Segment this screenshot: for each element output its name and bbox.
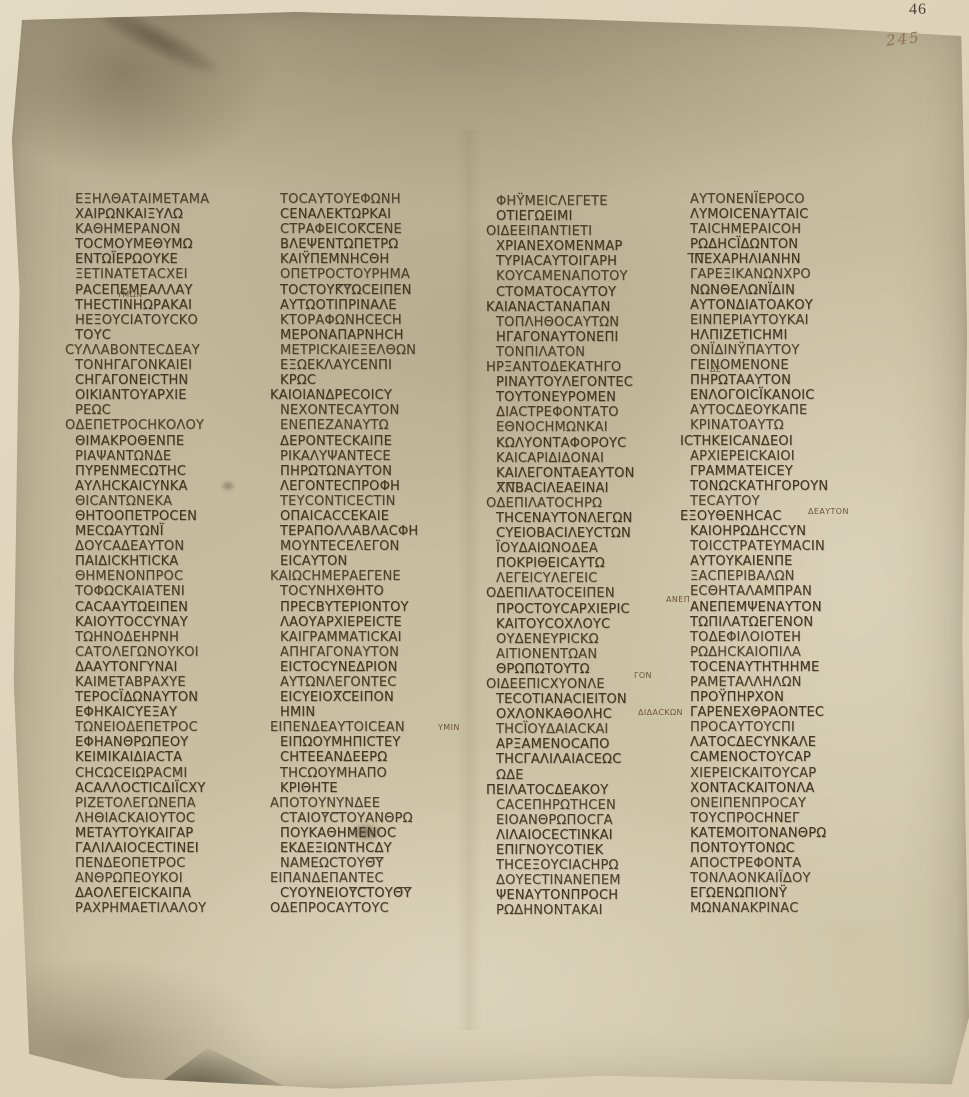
manuscript-line: ΑΥΤΩΝΛΕΓΟΝΤΕϹ: [280, 675, 478, 690]
manuscript-line: ΑϹΑΛΛΟϹΤΙϹΔΙΪϹΧΥ: [75, 781, 267, 796]
manuscript-line: ΕΠΙΓΝΟΥϹΟΤΙΕΚ: [496, 843, 686, 858]
corrector-gloss: ΥΜΙΝ: [438, 724, 460, 732]
manuscript-line: ΡΩΔΗΝΟΝΤΑΚΑΙ: [496, 903, 686, 918]
manuscript-line: ΤΗϹΪΟΥΔΑΙΑϹΚΑΙ: [496, 722, 686, 737]
manuscript-photo: { "page": { "printed_folio_number": "46"…: [0, 0, 969, 1097]
manuscript-line: ΡΑΧΡΗΜΑΕΤΙΛΑΛΟΥ: [75, 901, 267, 916]
corrector-gloss: ΔΕΑΥΤΟΝ: [808, 508, 849, 516]
manuscript-line: ΟΙΔΕΕΠΙϹΧΥΟΝΛΕ: [486, 677, 686, 692]
manuscript-line: ΤΩΠΙΛΑΤΩΕΓΕΝΟΝ: [690, 615, 922, 630]
manuscript-line: ΝΩΝΘΕΛΩΝΪΔΙΝ: [690, 283, 922, 298]
manuscript-line: ΚΑΙΟΗΡΩΔΗϹϹΥΝ: [690, 524, 922, 539]
manuscript-line: ΑΡΧΙΕΡΕΙϹΚΑΙΟΙ: [690, 449, 922, 464]
manuscript-line: ΓΡΑΜΜΑΤΕΙϹΕΥ: [690, 464, 922, 479]
manuscript-line: ϹΥΕΙΟΒΑϹΙΛΕΥϹΤΩΝ: [496, 526, 686, 541]
manuscript-line: ΜΟΥΝΤΕϹΕΛΕΓΟΝ: [280, 539, 478, 554]
manuscript-line: ΚΑΙΛΕΓΟΝΤΑΕΑΥΤΟΝ: [496, 466, 686, 481]
manuscript-line: ΧΙΕΡΕΙϹΚΑΙΤΟΥϹΑΡ: [690, 766, 922, 781]
manuscript-line: ΑΙΤΙΟΝΕΝΤΩΑΝ: [496, 647, 686, 662]
manuscript-line: ΛΥΜΟΙϹΕΝΑΥΤΑΙϹ: [690, 207, 922, 222]
manuscript-line: ΒΛΕΨΕΝΤΩΠΕΤΡΩ: [280, 237, 478, 252]
manuscript-line: ΡΑϹΕΠΕΜΕΑΛΛΑΥ: [75, 283, 267, 298]
manuscript-line: ΚΑΙΜΕΤΑΒΡΑΧΥΕ: [75, 675, 267, 690]
manuscript-line: ΙϹΤΗΚΕΙϹΑΝΔΕΟΙ: [680, 434, 922, 449]
manuscript-line: ΧΡΙΑΝΕΧΟΜΕΝΜΑΡ: [496, 239, 686, 254]
manuscript-line: ϹΤΟΜΑΤΟϹΑΥΤΟΥ: [496, 285, 686, 300]
corrector-gloss: ΔΕ: [710, 366, 721, 374]
manuscript-line: ΡΩΔΗϹΚΑΙΟΠΙΛΑ: [690, 645, 922, 660]
manuscript-line: ΤΟΙϹϹΤΡΑΤΕΥΜΑϹΙΝ: [690, 539, 922, 554]
manuscript-line: ΟΔΕΠΡΟϹΑΥΤΟΥϹ: [270, 901, 478, 916]
manuscript-line: ΓΕΙΝΟΜΕΝΟΝΕ: [690, 358, 922, 373]
manuscript-line: ΠΕΝΔΕΟΠΕΤΡΟϹ: [75, 856, 267, 871]
manuscript-line: ΛΕΓΕΙϹΥΛΕΓΕΙϹ: [496, 571, 686, 586]
manuscript-line: ΤΟΝΠΙΛΑΤΟΝ: [496, 345, 686, 360]
manuscript-line: ΚΡΩϹ: [280, 373, 478, 388]
manuscript-line: ΑΥΤΟΝΕΝΪΕΡΟϹΟ: [690, 192, 922, 207]
manuscript-line: ΠΡΟϹΑΥΤΟΥϹΠΙ: [690, 720, 922, 735]
manuscript-line: ΜΕϹΩΑΥΤΩΝΪ: [75, 524, 267, 539]
manuscript-line: ϹΕΝΑΛΕΚΤΩΡΚΑΙ: [280, 207, 478, 222]
printed-folio-number: 46: [909, 1, 927, 19]
manuscript-line: ϹΤΑΙΟΥ̅Ϲ̅ΤΟΥΑΝΘΡΩ: [280, 811, 478, 826]
manuscript-line: ΕΝΤΩΪΕΡΩΟΥΚΕ: [75, 252, 267, 267]
manuscript-line: ΠΡΕϹΒΥΤΕΡΙΟΝΤΟΥ: [280, 600, 478, 615]
manuscript-line: ϹΗΓΑΓΟΝΕΙϹΤΗΝ: [75, 373, 267, 388]
handwritten-folio-number: 245: [886, 28, 922, 50]
manuscript-line: ΡΕΩϹ: [75, 403, 267, 418]
manuscript-line: ϹΥΛΛΑΒΟΝΤΕϹΔΕΑΥ: [65, 343, 267, 358]
manuscript-line: ΔΑΑΥΤΟΝΓΥΝΑΙ: [75, 660, 267, 675]
manuscript-line: ΚΡΙΝΑΤΟΑΥΤΩ: [690, 418, 922, 433]
manuscript-line: ΤΕΡΟϹΪΔΩΝΑΥΤΟΝ: [75, 690, 267, 705]
manuscript-line: ΑΝΕΠΕΜΨΕΝΑΥΤΟΝ: [690, 600, 922, 615]
manuscript-line: ΜΕΤΡΙϹΚΑΙΕΞΕΛΘΩΝ: [280, 343, 478, 358]
manuscript-line: ΤΕΡΑΠΟΛΛΑΒΛΑϹΦΗ: [280, 524, 478, 539]
manuscript-line: ΞΑϹΠΕΡΙΒΑΛΩΝ: [690, 569, 922, 584]
manuscript-line: ΜΕΤΑΥΤΟΥΚΑΙΓΑΡ: [75, 826, 267, 841]
manuscript-column-2: ΤΟϹΑΥΤΟΥΕΦΩΝΗϹΕΝΑΛΕΚΤΩΡΚΑΙϹΤΡΑΦΕΙϹΟΚ̅Ϲ̅Ε…: [270, 192, 478, 917]
manuscript-line: ΕΦΗΑΝΘΡΩΠΕΟΥ: [75, 735, 267, 750]
manuscript-line: ΤΗϹΓΑΛΙΛΑΙΑϹΕΩϹ: [496, 752, 686, 767]
manuscript-line: ΟΙΚΙΑΝΤΟΥΑΡΧΙΕ: [75, 388, 267, 403]
manuscript-line: ΔΙΑϹΤΡΕΦΟΝΤΑΤΟ: [496, 405, 686, 420]
manuscript-line: ΗΛΠΙΖΕΤΙϹΗΜΙ: [690, 328, 922, 343]
corrector-gloss: ΑΝΕΠ: [666, 596, 690, 604]
ink-smudge-top-left: [88, 0, 223, 82]
manuscript-line: ΤΩΗΝΟΔΕΗΡΝΗ: [75, 630, 267, 645]
manuscript-line: ϹΤΡΑΦΕΙϹΟΚ̅Ϲ̅ΕΝΕ: [280, 222, 478, 237]
manuscript-line: ΚΑΤΕΜΟΙΤΟΝΑΝΘΡΩ: [690, 826, 922, 841]
manuscript-line: ΘΙϹΑΝΤΩΝΕΚΑ: [75, 494, 267, 509]
manuscript-line: ΚΑΙΓΡΑΜΜΑΤΙϹΚΑΙ: [280, 630, 478, 645]
manuscript-line: ΜΩΝΑΝΑΚΡΙΝΑϹ: [690, 901, 922, 916]
manuscript-line: ΧΟΝΤΑϹΚΑΙΤΟΝΛΑ: [690, 781, 922, 796]
manuscript-line: ΟΥΔΕΝΕΥΡΙϹΚΩ: [496, 632, 686, 647]
manuscript-line: ΡΙΚΑΛΥΨΑΝΤΕϹΕ: [280, 449, 478, 464]
manuscript-line: ΪΟΥΔΑΙΩΝΟΔΕΑ: [496, 541, 686, 556]
manuscript-line: ΟΙΔΕΕΙΠΑΝΤΙΕΤΙ: [486, 224, 686, 239]
manuscript-line: ΤΟϹΑΥΤΟΥΕΦΩΝΗ: [280, 192, 478, 207]
manuscript-line: ΛΑΤΟϹΔΕϹΥΝΚΑΛΕ: [690, 735, 922, 750]
manuscript-line: ΗΓΑΓΟΝΑΥΤΟΝΕΠΙ: [496, 330, 686, 345]
manuscript-line: ΗΡΞΑΝΤΟΔΕΚΑΤΗΓΟ: [486, 360, 686, 375]
manuscript-line: ΚΑΙΤΟΥϹΟΧΛΟΥϹ: [496, 617, 686, 632]
manuscript-line: ΕΙΠΩΟΥΜΗΠΙϹΤΕΥ: [280, 735, 478, 750]
manuscript-line: ϹΗΤΕΕΑΝΔΕΕΡΩ: [280, 750, 478, 765]
manuscript-line: ΨΕΝΑΥΤΟΝΠΡΟϹΗ: [496, 888, 686, 903]
manuscript-line: ΔΑΟΛΕΓΕΙϹΚΑΙΠΑ: [75, 886, 267, 901]
manuscript-line: ΑΠΟϹΤΡΕΦΟΝΤΑ: [690, 856, 922, 871]
manuscript-line: ΟΔΕΠΙΛΑΤΟϹΕΙΠΕΝ: [486, 586, 686, 601]
manuscript-line: ΛΕΓΟΝΤΕϹΠΡΟΦΗ: [280, 479, 478, 494]
manuscript-line: ΟΠΕΤΡΟϹΤΟΥΡΗΜΑ: [280, 267, 478, 282]
manuscript-line: ΚΑΙΟΙΑΝΔΡΕϹΟΙϹΥ: [270, 388, 478, 403]
manuscript-line: ΑΠΗΓΑΓΟΝΑΥΤΟΝ: [280, 645, 478, 660]
manuscript-line: ΜΕΡΟΝΑΠΑΡΝΗϹΗ: [280, 328, 478, 343]
manuscript-line: ΑΥΤΟΝΔΙΑΤΟΑΚΟΥ: [690, 298, 922, 313]
manuscript-line: ΩΔΕ: [496, 768, 686, 783]
manuscript-line: ΟΠΑΙϹΑϹϹΕΚΑΙΕ: [280, 509, 478, 524]
manuscript-line: ΗΜΙΝ: [280, 705, 478, 720]
manuscript-line: ΤΕϹΟΤΙΑΝΑϹΙΕΙΤΟΝ: [496, 692, 686, 707]
manuscript-line: ΕΓΩΕΝΩΠΙΟΝΫ: [690, 886, 922, 901]
manuscript-line: ΤΗϹΩΟΥΜΗΑΠΟ: [280, 766, 478, 781]
manuscript-line: ΤΟΥϹΠΡΟϹΗΝΕΓ: [690, 811, 922, 826]
manuscript-line: ΕΞΩΕΚΛΑΥϹΕΝΠΙ: [280, 358, 478, 373]
manuscript-line: ΑΝΘΡΩΠΕΟΥΚΟΙ: [75, 871, 267, 886]
manuscript-line: ΤΟΝΩϹΚΑΤΗΓΟΡΟΥΝ: [690, 479, 922, 494]
manuscript-line: ΑΠΟΤΟΥΝΥΝΔΕΕ: [270, 796, 478, 811]
manuscript-column-4: ΑΥΤΟΝΕΝΪΕΡΟϹΟΛΥΜΟΙϹΕΝΑΥΤΑΙϹΤΑΙϹΗΜΕΡΑΙϹΟΗ…: [680, 192, 922, 917]
manuscript-column-3: ΦΗΫΜΕΙϹΛΕΓΕΤΕΟΤΙΕΓΩΕΙΜΙΟΙΔΕΕΙΠΑΝΤΙΕΤΙΧΡΙ…: [486, 194, 686, 919]
manuscript-line: ΠΡΟϹΤΟΥϹΑΡΧΙΕΡΙϹ: [496, 602, 686, 617]
manuscript-line: ΚΑΙΑΝΑϹΤΑΝΑΠΑΝ: [486, 300, 686, 315]
manuscript-line: ΔΕΡΟΝΤΕϹΚΑΙΠΕ: [280, 434, 478, 449]
manuscript-line: ΘΡΩΠΩΤΟΥΤΩ: [496, 662, 686, 677]
manuscript-line: ΑΥΤΟΥΚΑΙΕΝΠΕ: [690, 554, 922, 569]
manuscript-line: ΝΑΜΕΩϹΤΟΥΘ̅Υ̅: [280, 856, 478, 871]
manuscript-line: ΤΟϹΜΟΥΜΕΘΥΜΩ: [75, 237, 267, 252]
manuscript-line: ΛΙΛΑΙΟϹΕϹΤΙΝΚΑΙ: [496, 828, 686, 843]
manuscript-line: ΕΙΝΠΕΡΙΑΥΤΟΥΚΑΙ: [690, 313, 922, 328]
manuscript-line: ΤΗϹΕΞΟΥϹΙΑϹΗΡΩ: [496, 858, 686, 873]
manuscript-line: ΕΘΝΟϹΗΜΩΝΚΑΙ: [496, 420, 686, 435]
manuscript-line: ΗΕΞΟΥϹΙΑΤΟΥϹΚΟ: [75, 313, 267, 328]
manuscript-line: ΕϹΘΗΤΑΛΑΜΠΡΑΝ: [690, 584, 922, 599]
corrector-gloss: ΥΜΩΝ: [117, 291, 143, 299]
manuscript-line: ΚΟΥϹΑΜΕΝΑΠΟΤΟΥ: [496, 269, 686, 284]
manuscript-column-1: ΕΞΗΛΘΑΤΑΙΜΕΤΑΜΑΧΑΙΡΩΝΚΑΙΞΥΛΩΚΑΘΗΜΕΡΑΝΟΝΤ…: [65, 192, 267, 917]
manuscript-line: ΠΗΡΩΤΑΑΥΤΟΝ: [690, 373, 922, 388]
manuscript-line: ΤΕΥϹΟΝΤΙϹΕϹΤΙΝ: [280, 494, 478, 509]
manuscript-line: ΟΔΕΠΕΤΡΟϹΗΚΟΛΟΥ: [65, 418, 267, 433]
manuscript-line: ΕΙΟΑΝΘΡΩΠΟϹΓΑ: [496, 813, 686, 828]
manuscript-line: ΛΑΟΥΑΡΧΙΕΡΕΙϹΤΕ: [280, 615, 478, 630]
manuscript-line: ΤΟϹΤΟΥΚ̅Υ̅ΩϹΕΙΠΕΝ: [280, 283, 478, 298]
manuscript-line: ΠΑΙΔΙϹΚΗΤΙϹΚΑ: [75, 554, 267, 569]
manuscript-line: ΠΟΥΚΑΘΗΜΕΝΟϹ: [280, 826, 478, 841]
manuscript-line: ΡΑΜΕΤΑΛΛΗΛΩΝ: [690, 675, 922, 690]
manuscript-line: ΕΝΛΟΓΟΙϹΪΚΑΝΟΙϹ: [690, 388, 922, 403]
manuscript-line: ΠΡΟΫΠΗΡΧΟΝ: [690, 690, 922, 705]
manuscript-line: ΤΟΝΗΓΑΓΟΝΚΑΙΕΙ: [75, 358, 267, 373]
manuscript-line: ΤΕϹΑΥΤΟΥ: [690, 494, 922, 509]
manuscript-line: ΔΟΥΕϹΤΙΝΑΝΕΠΕΜ: [496, 873, 686, 888]
manuscript-line: ΕΞΟΥΘΕΝΗϹΑϹ: [680, 509, 922, 524]
manuscript-line: ΓΑΛΙΛΑΙΟϹΕϹΤΙΝΕΙ: [75, 841, 267, 856]
manuscript-line: ΟΤΙΕΓΩΕΙΜΙ: [496, 209, 686, 224]
manuscript-line: ΤΥΡΙΑϹΑΥΤΟΙΓΑΡΗ: [496, 254, 686, 269]
manuscript-line: ΕΙΠΑΝΔΕΠΑΝΤΕϹ: [270, 871, 478, 886]
manuscript-line: ΤΟΥϹ: [75, 328, 267, 343]
manuscript-line: Ι̅Ν̅ΕΧΑΡΗΛΙΑΝΗΝ: [690, 252, 922, 267]
manuscript-line: ΕΦΗΚΑΙϹΥΕΞΑΥ: [75, 705, 267, 720]
manuscript-line: ΟΔΕΠΙΛΑΤΟϹΗΡΩ: [486, 496, 686, 511]
manuscript-line: ΤΟΠΛΗΘΟϹΑΥΤΩΝ: [496, 315, 686, 330]
manuscript-line: ΑΥΤΟϹΔΕΟΥΚΑΠΕ: [690, 403, 922, 418]
manuscript-line: ΡΙΝΑΥΤΟΥΛΕΓΟΝΤΕϹ: [496, 375, 686, 390]
manuscript-line: ΟΝΪΔΙΝΫΠΑΥΤΟΥ: [690, 343, 922, 358]
manuscript-line: ΕΚΔΕΞΙΩΝΤΗϹΔΥ: [280, 841, 478, 856]
manuscript-line: ΤΗϹΕΝΑΥΤΟΝΛΕΓΩΝ: [496, 511, 686, 526]
manuscript-line: ΔΟΥϹΑΔΕΑΥΤΟΝ: [75, 539, 267, 554]
manuscript-line: ΝΕΧΟΝΤΕϹΑΥΤΟΝ: [280, 403, 478, 418]
manuscript-line: ΤΟΥΤΟΝΕΥΡΟΜΕΝ: [496, 390, 686, 405]
manuscript-line: ϹΗϹΩϹΕΙΩΡΑϹΜΙ: [75, 766, 267, 781]
manuscript-line: ΤΟΔΕΦΙΛΟΙΟΤΕΗ: [690, 630, 922, 645]
manuscript-line: ΠΕΙΛΑΤΟϹΔΕΑΚΟΥ: [486, 783, 686, 798]
stain-bottom-left-corner: [136, 1048, 296, 1097]
manuscript-line: ΓΑΡΕΞΙΚΑΝΩΝΧΡΟ: [690, 267, 922, 282]
manuscript-line: ΠΥΡΕΝΜΕϹΩΤΗϹ: [75, 464, 267, 479]
manuscript-line: ϹΑΤΟΛΕΓΩΝΟΥΚΟΙ: [75, 645, 267, 660]
manuscript-line: ΚΑΙΩϹΗΜΕΡΑΕΓΕΝΕ: [270, 569, 478, 584]
manuscript-line: ΤΟϹΥΝΗΧΘΗΤΟ: [280, 584, 478, 599]
manuscript-line: ϹΑϹΕΠΗΡΩΤΗϹΕΝ: [496, 798, 686, 813]
manuscript-line: ΑΥΛΗϹΚΑΙϹΥΝΚΑ: [75, 479, 267, 494]
manuscript-line: ΕΙϹΑΥΤΟΝ: [280, 554, 478, 569]
manuscript-line: ΚΑΙΟΥΤΟϹϹΥΝΑΥ: [75, 615, 267, 630]
manuscript-line: ΘΗΜΕΝΟΝΠΡΟϹ: [75, 569, 267, 584]
parchment-leaf: ΕΞΗΛΘΑΤΑΙΜΕΤΑΜΑΧΑΙΡΩΝΚΑΙΞΥΛΩΚΑΘΗΜΕΡΑΝΟΝΤ…: [8, 10, 969, 1093]
manuscript-line: ΞΕΤΙΝΑΤΕΤΑϹΧΕΙ: [75, 267, 267, 282]
manuscript-line: Χ̅Ν̅ΒΑϹΙΛΕΑΕΙΝΑΙ: [496, 481, 686, 496]
manuscript-line: ΕΝΕΠΕΖΑΝΑΥΤΩ: [280, 418, 478, 433]
manuscript-line: ΚΩΛΥΟΝΤΑΦΟΡΟΥϹ: [496, 436, 686, 451]
manuscript-line: ΤΑΙϹΗΜΕΡΑΙϹΟΗ: [690, 222, 922, 237]
manuscript-line: ΦΗΫΜΕΙϹΛΕΓΕΤΕ: [496, 194, 686, 209]
manuscript-line: ΚΡΙΘΗΤΕ: [280, 781, 478, 796]
manuscript-line: ΘΗΤΟΟΠΕΤΡΟϹΕΝ: [75, 509, 267, 524]
manuscript-line: ΡΙΖΕΤΟΛΕΓΩΝΕΠΑ: [75, 796, 267, 811]
manuscript-line: ΚΑΙϹΑΡΙΔΙΔΟΝΑΙ: [496, 451, 686, 466]
manuscript-line: ΠΗΡΩΤΩΝΑΥΤΟΝ: [280, 464, 478, 479]
manuscript-line: ΚΑΙΫΠΕΜΝΗϹΘΗ: [280, 252, 478, 267]
manuscript-line: ΕΞΗΛΘΑΤΑΙΜΕΤΑΜΑ: [75, 192, 267, 207]
manuscript-line: ΤΗΕϹΤΙΝΗΩΡΑΚΑΙ: [75, 298, 267, 313]
manuscript-line: ΟΝΕΙΠΕΝΠΡΟϹΑΥ: [690, 796, 922, 811]
manuscript-line: ϹΥΟΥΝΕΙΟΥ̅Ϲ̅ΤΟΥΘ̅Υ̅: [280, 886, 478, 901]
manuscript-line: ΤΩΝΕΙΟΔΕΠΕΤΡΟϹ: [75, 720, 267, 735]
corrector-gloss: ΔΙΔΑϹΚΩΝ: [638, 709, 683, 717]
manuscript-line: ΠΟΚΡΙΘΕΙϹΑΥΤΩ: [496, 556, 686, 571]
manuscript-line: ΚΤΟΡΑΦΩΝΗϹΕϹΗ: [280, 313, 478, 328]
corrector-gloss: ΓΟΝ: [634, 672, 652, 680]
manuscript-line: ΚΑΘΗΜΕΡΑΝΟΝ: [75, 222, 267, 237]
manuscript-line: ϹΑΜΕΝΟϹΤΟΥϹΑΡ: [690, 750, 922, 765]
manuscript-line: ϹΑϹΑΑΥΤΩΕΙΠΕΝ: [75, 600, 267, 615]
manuscript-line: ΓΑΡΕΝΕΧΘΡΑΟΝΤΕϹ: [690, 705, 922, 720]
manuscript-line: ΕΙϹΥΕΙΟΧ̅Ϲ̅ΕΙΠΟΝ: [280, 690, 478, 705]
manuscript-line: ΚΕΙΜΙΚΑΙΔΙΑϹΤΑ: [75, 750, 267, 765]
manuscript-line: ΛΗΘΙΑϹΚΑΙΟΥΤΟϹ: [75, 811, 267, 826]
manuscript-line: ΤΟΝΛΑΟΝΚΑΙΪΔΟΥ: [690, 871, 922, 886]
manuscript-line: ΤΟϹΕΝΑΥΤΗΤΗΗΜΕ: [690, 660, 922, 675]
manuscript-line: ΠΟΝΤΟΥΤΟΝΩϹ: [690, 841, 922, 856]
manuscript-line: ΡΙΑΨΑΝΤΩΝΔΕ: [75, 449, 267, 464]
manuscript-line: ΤΟΦΩϹΚΑΙΑΤΕΝΙ: [75, 584, 267, 599]
manuscript-line: ΘΙΜΑΚΡΟΘΕΝΠΕ: [75, 434, 267, 449]
manuscript-line: ΧΑΙΡΩΝΚΑΙΞΥΛΩ: [75, 207, 267, 222]
manuscript-line: ΡΩΔΗϹΪΔΩΝΤΟΝ: [690, 237, 922, 252]
manuscript-line: ΑΥΤΩΟΤΙΠΡΙΝΑΛΕ: [280, 298, 478, 313]
manuscript-line: ΕΙϹΤΟϹΥΝΕΔΡΙΟΝ: [280, 660, 478, 675]
manuscript-line: ΑΡΞΑΜΕΝΟϹΑΠΟ: [496, 737, 686, 752]
